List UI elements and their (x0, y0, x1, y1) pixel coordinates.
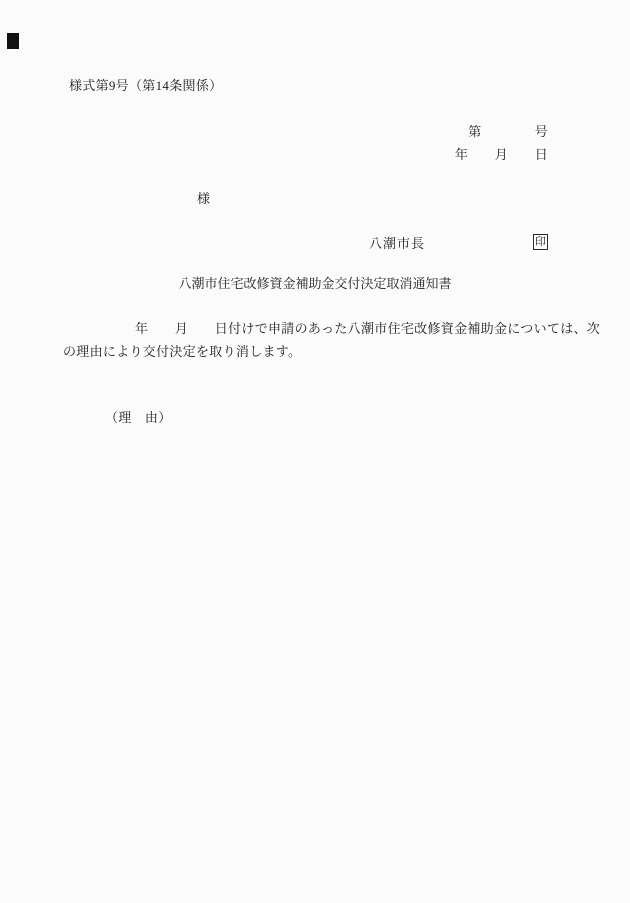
document-page: 様式第9号（第14条関係） 第 号 年 月 日 様 八潮市長 印 八潮市住宅改修… (0, 0, 630, 903)
date-blank-line: 年 月 日 (455, 148, 548, 162)
body-text-line-2: の理由により交付決定を取り消します。 (63, 345, 301, 359)
seal-placeholder-box: 印 (533, 234, 548, 250)
seal-label: 印 (535, 237, 546, 248)
reason-label: （理 由） (105, 411, 172, 425)
scan-artifact-mark (7, 33, 19, 49)
sender-title: 八潮市長 (369, 237, 425, 251)
body-text-line-1: 年 月 日付けで申請のあった八潮市住宅改修資金補助金については、次 (135, 322, 600, 336)
document-title: 八潮市住宅改修資金補助金交付決定取消通知書 (0, 277, 630, 291)
form-number-label: 様式第9号（第14条関係） (69, 79, 222, 93)
addressee-honorific: 様 (197, 192, 210, 206)
document-number-blank-line: 第 号 (468, 125, 548, 139)
